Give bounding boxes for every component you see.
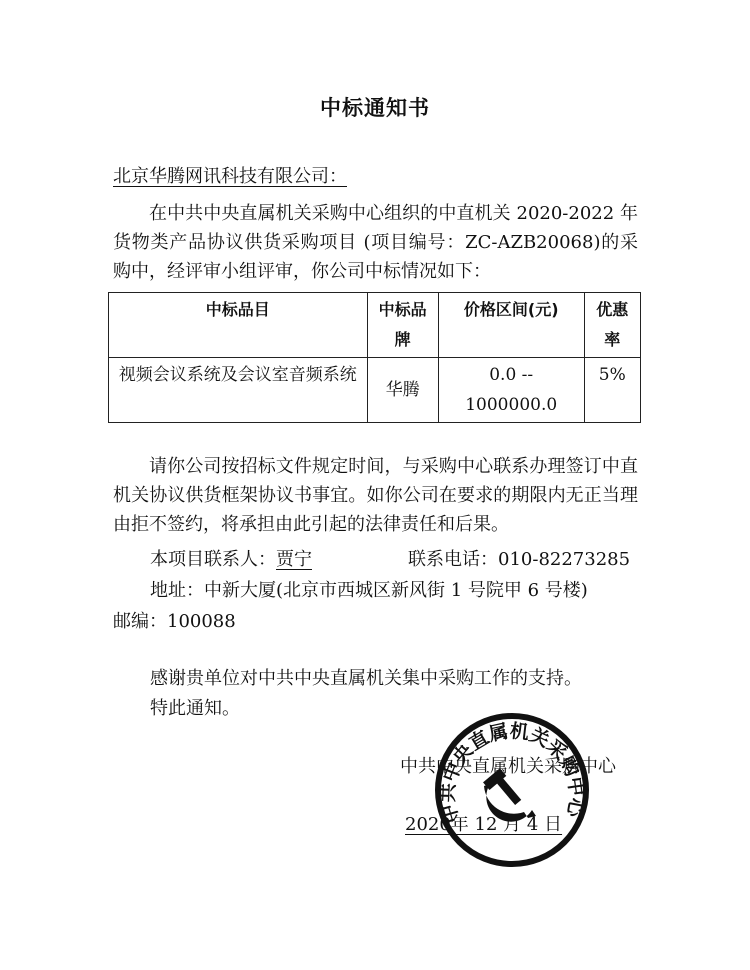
cell-brand: 华腾 (367, 358, 438, 423)
thanks-line: 感谢贵单位对中共中央直属机关集中采购工作的支持。 (150, 664, 582, 690)
cell-item: 视频会议系统及会议室音频系统 (109, 358, 368, 423)
header-item: 中标品目 (109, 293, 368, 358)
contact-label: 本项目联系人： (150, 549, 276, 570)
phone-label: 联系电话： (408, 549, 498, 570)
table-header-row: 中标品目 中标品牌 价格区间(元) 优惠率 (109, 293, 641, 358)
closing-line: 特此通知。 (150, 694, 240, 720)
header-price-range: 价格区间(元) (438, 293, 584, 358)
document-title: 中标通知书 (0, 92, 750, 122)
addressee: 北京华腾网讯科技有限公司： (113, 162, 347, 188)
award-table: 中标品目 中标品牌 价格区间(元) 优惠率 视频会议系统及会议室音频系统 华腾 … (108, 292, 641, 423)
cell-price-range: 0.0 -- 1000000.0 (438, 358, 584, 423)
contact-line: 本项目联系人：贾宁 (150, 545, 312, 571)
instruction-paragraph: 请你公司按招标文件规定时间，与采购中心联系办理签订中直机关协议供货框架协议书事宜… (113, 452, 638, 539)
phone-line: 联系电话：010-82273285 (408, 545, 630, 571)
phone-number: 010-82273285 (498, 549, 630, 570)
cell-discount: 5% (584, 358, 640, 423)
contact-name: 贾宁 (276, 549, 312, 570)
postcode-line: 邮编：100088 (113, 607, 236, 633)
official-seal-icon: 中共中央直属机关采购中心 (432, 710, 592, 870)
address-line: 地址：中新大厦(北京市西城区新风街 1 号院甲 6 号楼) (150, 576, 588, 602)
header-discount: 优惠率 (584, 293, 640, 358)
table-row: 视频会议系统及会议室音频系统 华腾 0.0 -- 1000000.0 5% (109, 358, 641, 423)
intro-paragraph: 在中共中央直属机关采购中心组织的中直机关 2020-2022 年货物类产品协议供… (113, 199, 638, 286)
header-brand: 中标品牌 (367, 293, 438, 358)
